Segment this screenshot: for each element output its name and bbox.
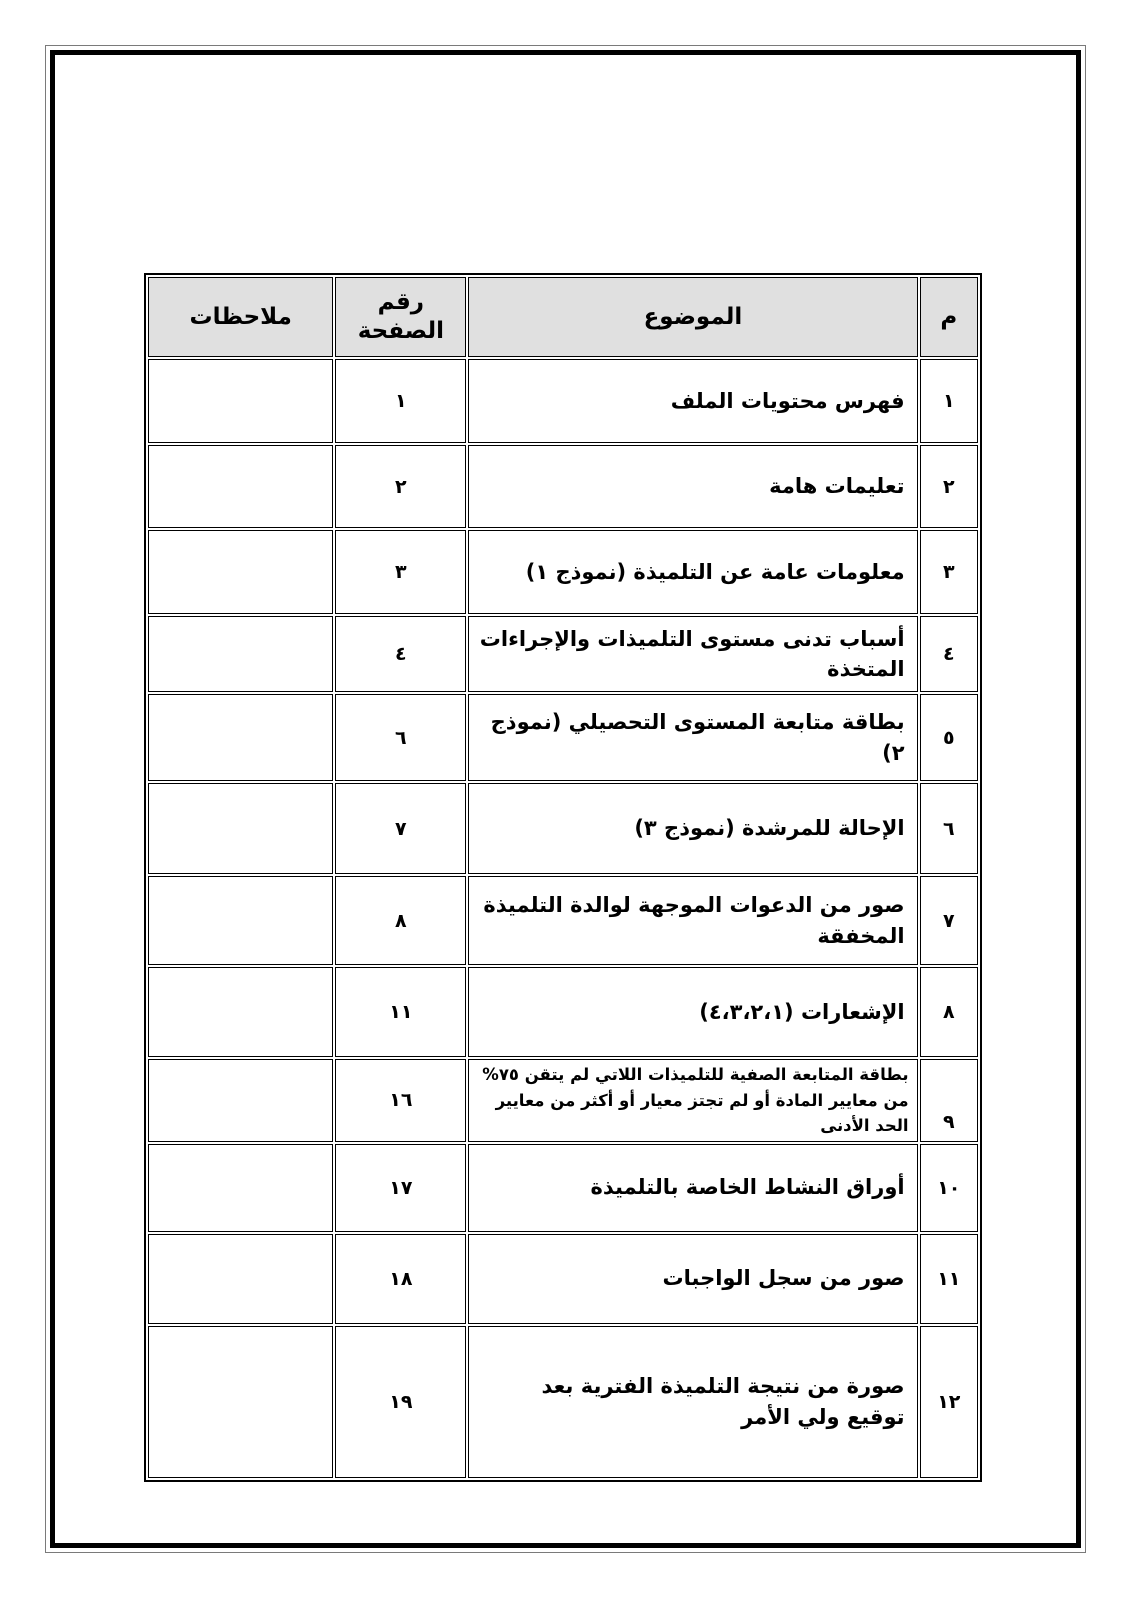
table-row: ٩بطاقة المتابعة الصفية للتلميذات اللاتي … <box>148 1059 978 1142</box>
col-header-notes: ملاحظات <box>148 277 333 357</box>
row-subject: معلومات عامة عن التلميذة (نموذج ١) <box>468 530 917 614</box>
row-index: ٩ <box>920 1059 978 1142</box>
table-row: ١٢صورة من نتيجة التلميذة الفترية بعد توق… <box>148 1326 978 1478</box>
row-subject: الإشعارات (٤،٣،٢،١) <box>468 967 917 1057</box>
row-index: ٦ <box>920 783 978 874</box>
row-page-number: ٤ <box>335 616 466 692</box>
row-index: ٥ <box>920 694 978 781</box>
row-page-number: ٦ <box>335 694 466 781</box>
table-row: ٦الإحالة للمرشدة (نموذج ٣)٧ <box>148 783 978 874</box>
row-index: ١٢ <box>920 1326 978 1478</box>
table-row: ١١صور من سجل الواجبات١٨ <box>148 1234 978 1324</box>
row-index: ١ <box>920 359 978 443</box>
row-notes <box>148 783 333 874</box>
row-page-number: ١٨ <box>335 1234 466 1324</box>
table-row: ٧صور من الدعوات الموجهة لوالدة التلميذة … <box>148 876 978 965</box>
row-subject: تعليمات هامة <box>468 445 917 528</box>
table-row: ١فهرس محتويات الملف١ <box>148 359 978 443</box>
row-notes <box>148 1326 333 1478</box>
row-index: ٨ <box>920 967 978 1057</box>
col-header-subject: الموضوع <box>468 277 917 357</box>
row-notes <box>148 1144 333 1232</box>
contents-table-header: م الموضوع رقم الصفحة ملاحظات <box>148 277 978 357</box>
row-notes <box>148 694 333 781</box>
row-index: ٣ <box>920 530 978 614</box>
row-notes <box>148 530 333 614</box>
row-notes <box>148 616 333 692</box>
col-header-page-number: رقم الصفحة <box>335 277 466 357</box>
row-index: ٤ <box>920 616 978 692</box>
row-page-number: ١١ <box>335 967 466 1057</box>
contents-table-body: ١فهرس محتويات الملف١٢تعليمات هامة٢٣معلوم… <box>148 359 978 1478</box>
row-subject: صورة من نتيجة التلميذة الفترية بعد توقيع… <box>468 1326 917 1478</box>
row-subject: صور من الدعوات الموجهة لوالدة التلميذة ا… <box>468 876 917 965</box>
row-subject: الإحالة للمرشدة (نموذج ٣) <box>468 783 917 874</box>
table-row: ٨الإشعارات (٤،٣،٢،١)١١ <box>148 967 978 1057</box>
row-page-number: ٢ <box>335 445 466 528</box>
table-row: ٢تعليمات هامة٢ <box>148 445 978 528</box>
row-subject: أوراق النشاط الخاصة بالتلميذة <box>468 1144 917 1232</box>
row-notes <box>148 1059 333 1142</box>
row-subject: بطاقة متابعة المستوى التحصيلي (نموذج ٢) <box>468 694 917 781</box>
document-page: { "page": { "border_color": "#000000", "… <box>0 0 1131 1600</box>
row-page-number: ١٧ <box>335 1144 466 1232</box>
row-page-number: ٣ <box>335 530 466 614</box>
contents-table: م الموضوع رقم الصفحة ملاحظات ١فهرس محتوي… <box>144 273 982 1482</box>
row-index: ١٠ <box>920 1144 978 1232</box>
row-page-number: ٨ <box>335 876 466 965</box>
row-index: ٢ <box>920 445 978 528</box>
row-page-number: ١ <box>335 359 466 443</box>
row-notes <box>148 1234 333 1324</box>
row-index: ١١ <box>920 1234 978 1324</box>
row-notes <box>148 359 333 443</box>
row-subject: فهرس محتويات الملف <box>468 359 917 443</box>
row-notes <box>148 445 333 528</box>
row-subject: أسباب تدنى مستوى التلميذات والإجراءات ال… <box>468 616 917 692</box>
row-page-number: ٧ <box>335 783 466 874</box>
table-row: ٣معلومات عامة عن التلميذة (نموذج ١)٣ <box>148 530 978 614</box>
table-row: ٤أسباب تدنى مستوى التلميذات والإجراءات ا… <box>148 616 978 692</box>
row-page-number: ١٦ <box>335 1059 466 1142</box>
header-row: م الموضوع رقم الصفحة ملاحظات <box>148 277 978 357</box>
table-row: ٥بطاقة متابعة المستوى التحصيلي (نموذج ٢)… <box>148 694 978 781</box>
row-subject: بطاقة المتابعة الصفية للتلميذات اللاتي ل… <box>468 1059 917 1142</box>
row-index: ٧ <box>920 876 978 965</box>
row-notes <box>148 967 333 1057</box>
row-notes <box>148 876 333 965</box>
table-row: ١٠أوراق النشاط الخاصة بالتلميذة١٧ <box>148 1144 978 1232</box>
col-header-index: م <box>920 277 978 357</box>
row-page-number: ١٩ <box>335 1326 466 1478</box>
row-subject: صور من سجل الواجبات <box>468 1234 917 1324</box>
